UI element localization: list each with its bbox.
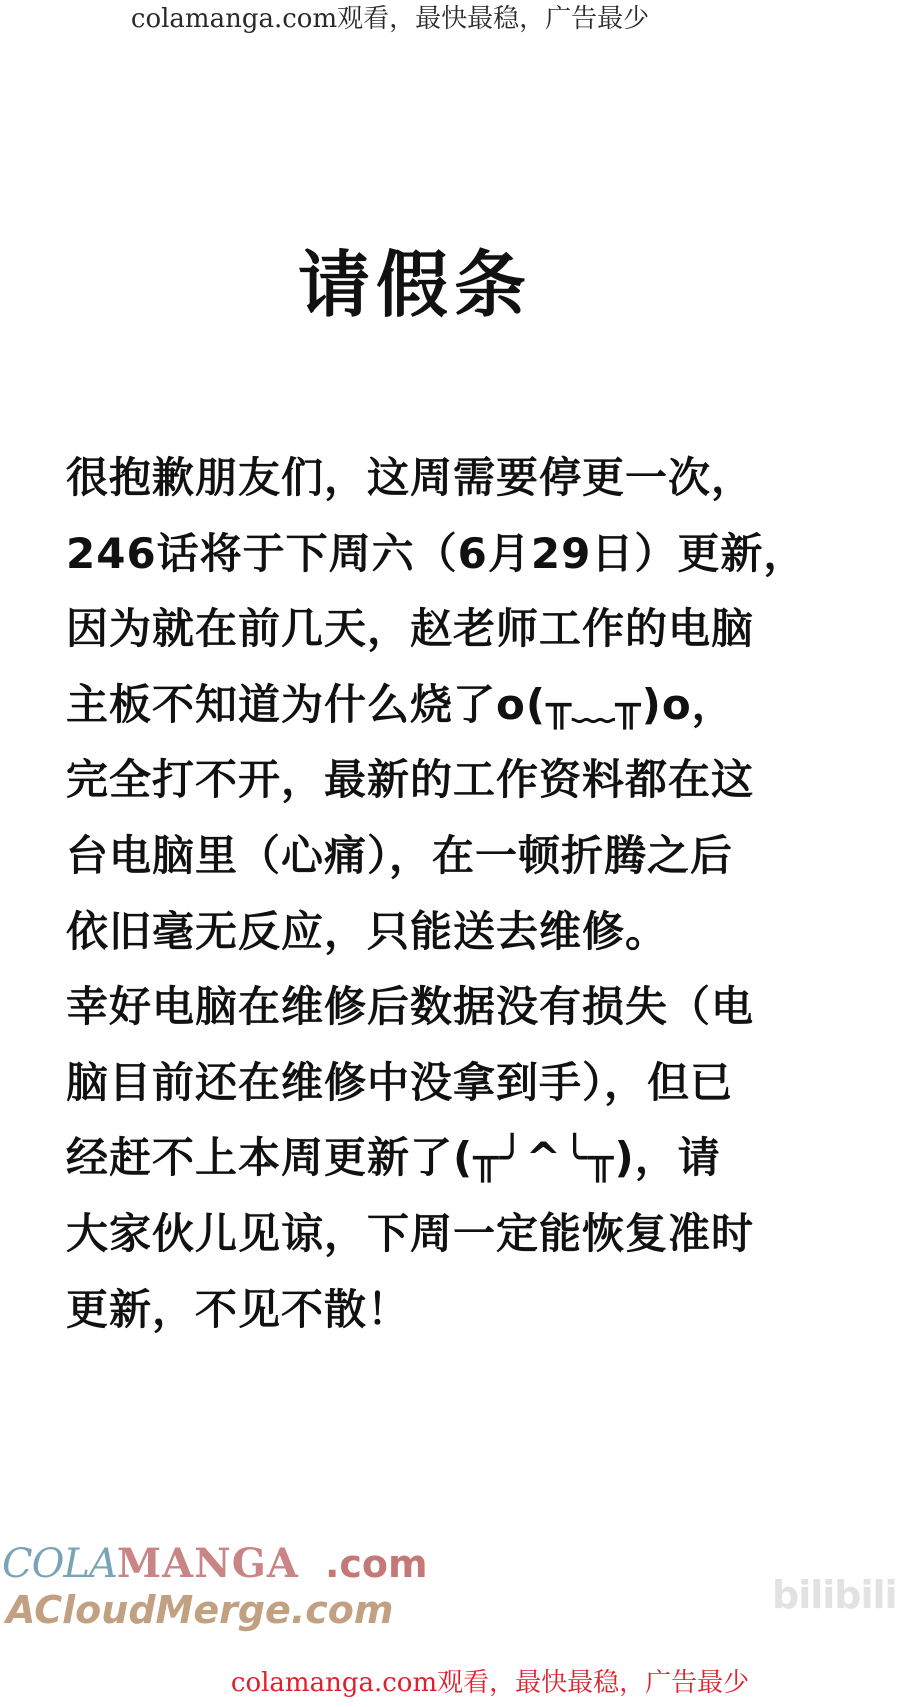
watermark-top: colamanga.com观看，最快最稳，广告最少 xyxy=(0,0,900,38)
notice-line: 246话将于下周六（6月29日）更新， xyxy=(66,516,886,592)
notice-title: 请假条 xyxy=(0,240,900,330)
notice-body: 很抱歉朋友们，这周需要停更一次， 246话将于下周六（6月29日）更新， 因为就… xyxy=(66,440,886,1347)
manga-page: colamanga.com观看，最快最稳，广告最少 请假条 很抱歉朋友们，这周需… xyxy=(0,0,900,1707)
notice-line: 完全打不开，最新的工作资料都在这 xyxy=(66,742,886,818)
bilibili-logo-text: bilibili xyxy=(772,1573,897,1617)
colamanga-logo-row: COLAMANGA.com xyxy=(2,1540,428,1588)
bilibili-manhua-logo: bilibili 漫 画 xyxy=(772,1570,897,1620)
watermark-bottom: colamanga.com观看，最快最稳，广告最少 xyxy=(0,1664,900,1702)
logo-manga-text: MANGA xyxy=(117,1540,299,1587)
watermark-bottom-text: colamanga.com观看，最快最稳，广告最少 xyxy=(231,1664,749,1702)
notice-line: 大家伙儿见谅，下周一定能恢复准时 xyxy=(66,1196,886,1272)
notice-line: 很抱歉朋友们，这周需要停更一次， xyxy=(66,440,886,516)
logo-com-text: .com xyxy=(325,1542,428,1586)
notice-line: 更新，不见不散！ xyxy=(66,1272,886,1348)
colamanga-logo: COLAMANGA.com ACloudMerge.com xyxy=(2,1540,422,1640)
notice-line: 幸好电脑在维修后数据没有损失（电 xyxy=(66,969,886,1045)
notice-line: 主板不知道为什么烧了o(╥﹏╥)o， xyxy=(66,667,886,743)
notice-line: 脑目前还在维修中没拿到手），但已 xyxy=(66,1045,886,1121)
notice-line: 因为就在前几天，赵老师工作的电脑 xyxy=(66,591,886,667)
notice-line: 经赶不上本周更新了(╥╯^╰╥)，请 xyxy=(66,1120,886,1196)
acloudmerge-logo-text: ACloudMerge.com xyxy=(6,1586,393,1634)
notice-title-text: 请假条 xyxy=(298,240,532,330)
watermark-top-text: colamanga.com观看，最快最稳，广告最少 xyxy=(131,0,649,38)
notice-line: 依旧毫无反应，只能送去维修。 xyxy=(66,894,886,970)
logo-cola-text: COLA xyxy=(2,1541,117,1587)
notice-line: 台电脑里（心痛），在一顿折腾之后 xyxy=(66,818,886,894)
